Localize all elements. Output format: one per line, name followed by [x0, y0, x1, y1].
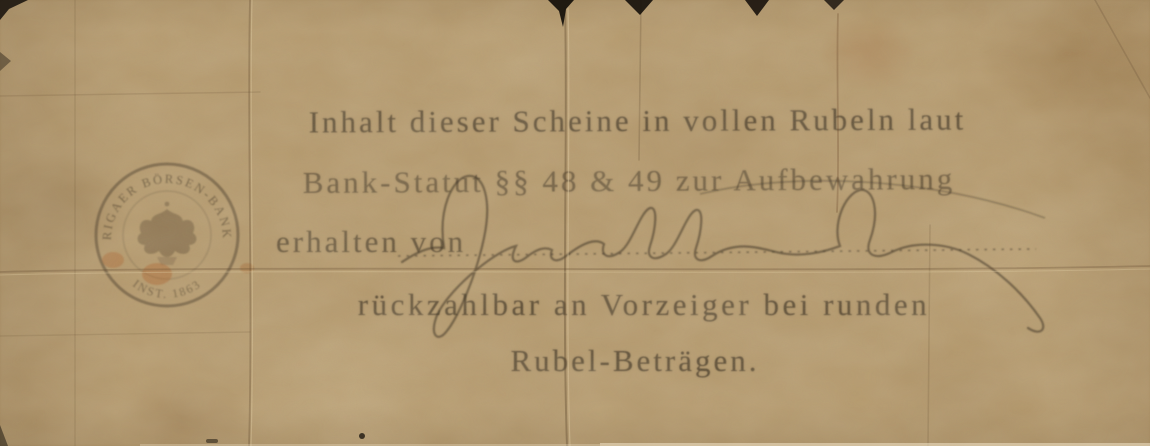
printed-line-3-prefix: erhalten von	[276, 224, 466, 260]
printed-line-1: Inhalt dieser Scheine in vollen Rubeln l…	[250, 101, 1025, 140]
banknote-reverse: Inhalt dieser Scheine in vollen Rubeln l…	[0, 0, 1150, 446]
printed-line-4: rückzahlbar an Vorzeiger bei runden	[268, 287, 1020, 323]
printed-line-5: Rubel-Beträgen.	[250, 343, 1020, 379]
printed-line-2: Bank-Statut §§ 48 & 49 zur Aufbewahrung	[238, 161, 1020, 202]
aged-paper-background	[0, 0, 1150, 446]
